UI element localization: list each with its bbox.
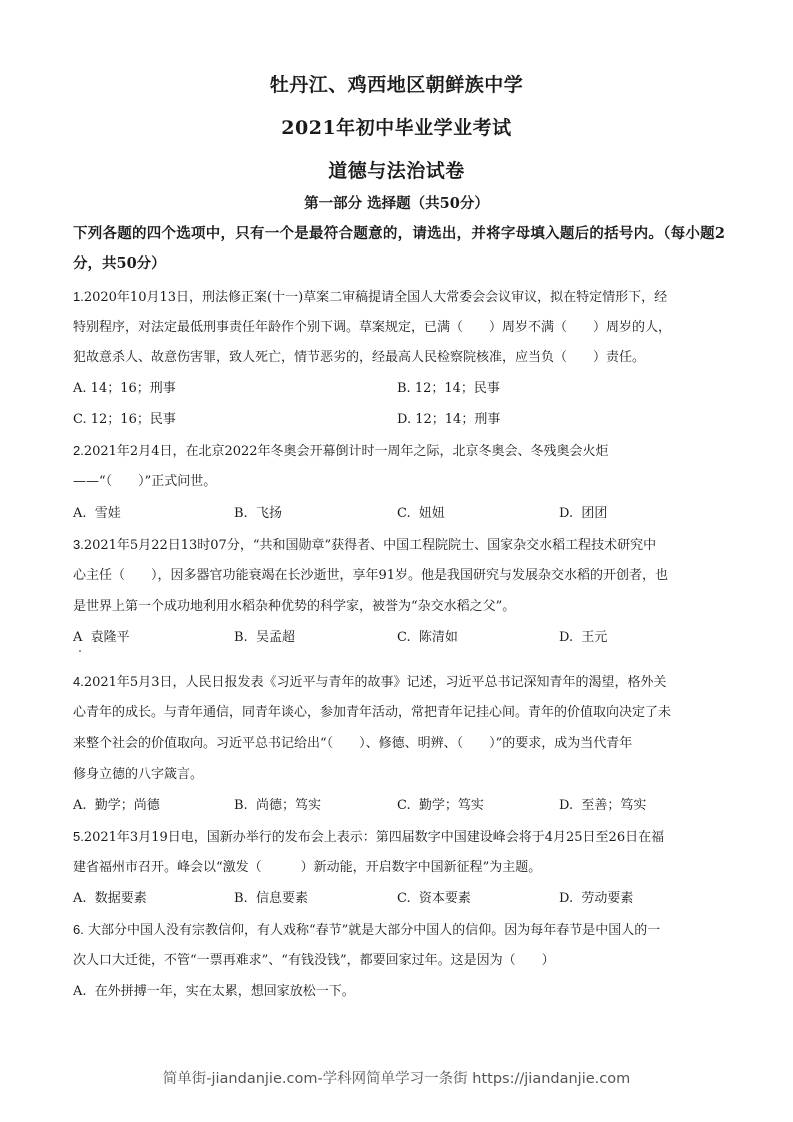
question-4-line-3: 来整个社会的价值取向。习近平总书记给出“（ ）、修德、明辨、（ ）”的要求，成为… xyxy=(73,734,723,754)
question-number: 1. xyxy=(73,289,84,304)
question-2-line-1: 2.2021年2月4日，在北京2022年冬奥会开幕倒计时一周年之际，北京冬奥会、… xyxy=(73,441,723,462)
q6-option-a: A. 在外拼搏一年，实在太累，想回家放松一下。 xyxy=(73,982,355,1002)
question-6-line-2: 次人口大迁徙，不管“一票再难求”、“有钱没钱”，都要回家过年。这是因为（ ） xyxy=(73,951,723,971)
q3-option-c: C. 陈清如 xyxy=(397,628,458,648)
q4-option-b: B. 尚德；笃实 xyxy=(234,796,321,816)
q2-option-a: A. 雪娃 xyxy=(73,504,121,524)
exam-page: 牡丹江、鸡西地区朝鲜族中学 2021年初中毕业学业考试 道德与法治试卷 第一部分… xyxy=(0,0,793,1122)
question-number: 6. xyxy=(73,922,84,937)
scan-artifact-dot xyxy=(79,650,81,652)
q3-option-b: B. 吴孟超 xyxy=(234,628,295,648)
q5-option-c: C. 资本要素 xyxy=(397,889,471,909)
q3-option-d: D. 王元 xyxy=(559,628,607,648)
q4-option-c: C. 勤学；笃实 xyxy=(397,796,484,816)
question-5-line-2: 建省福州市召开。峰会以“激发（ ）新动能，开启数字中国新征程”为主题。 xyxy=(73,858,723,878)
q4-option-d: D. 至善；笃实 xyxy=(559,796,646,816)
q3-option-a: A 袁隆平 xyxy=(73,628,130,648)
question-1-line-1: 1.2020年10月13日，刑法修正案(十一)草案二审稿提请全国人大常委会会议审… xyxy=(73,287,723,308)
school-title: 牡丹江、鸡西地区朝鲜族中学 xyxy=(0,70,793,97)
q1-option-d: D. 12；14；刑事 xyxy=(397,410,500,430)
question-number: 3. xyxy=(73,537,84,552)
q2-option-d: D. 团团 xyxy=(559,504,607,524)
subject-title: 道德与法治试卷 xyxy=(0,156,793,183)
watermark-footer: 简单街-jiandanjie.com-学科网简单学习一条街 https://ji… xyxy=(0,1067,793,1088)
question-4-line-2: 心青年的成长。与青年通信，同青年谈心，参加青年活动，常把青年记挂心间。青年的价值… xyxy=(73,703,723,723)
question-3-line-1: 3.2021年5月22日13时07分，“共和国勋章”获得者、中国工程院院士、国家… xyxy=(73,535,723,556)
q2-option-b: B. 飞扬 xyxy=(234,504,282,524)
q5-option-a: A. 数据要素 xyxy=(73,889,147,909)
question-4-line-4: 修身立德的八字箴言。 xyxy=(73,765,723,785)
q5-option-b: B. 信息要素 xyxy=(234,889,308,909)
question-5-line-1: 5.2021年3月19日电，国新办举行的发布会上表示：第四届数字中国建设峰会将于… xyxy=(73,827,723,848)
question-number: 2. xyxy=(73,443,84,458)
exam-title: 2021年初中毕业学业考试 xyxy=(0,113,793,140)
question-6-line-1: 6. 大部分中国人没有宗教信仰，有人戏称“春节”就是大部分中国人的信仰。因为每年… xyxy=(73,920,723,941)
instructions: 下列各题的四个选项中，只有一个是最符合题意的，请选出，并将字母填入题后的括号内。… xyxy=(73,219,725,279)
q2-option-c: C. 妞妞 xyxy=(397,504,445,524)
question-3-line-3: 是世界上第一个成功地利用水稻杂种优势的科学家，被誉为“杂交水稻之父”。 xyxy=(73,597,723,617)
q4-option-a: A. 勤学；尚德 xyxy=(73,796,160,816)
question-number: 4. xyxy=(73,674,84,689)
question-2-line-2: ——“（ ）”正式问世。 xyxy=(73,472,723,492)
q1-option-a: A. 14；16；刑事 xyxy=(73,379,176,399)
q1-option-c: C. 12；16；民事 xyxy=(73,410,176,430)
q5-option-d: D. 劳动要素 xyxy=(559,889,633,909)
section-heading: 第一部分 选择题（共50分） xyxy=(0,192,793,213)
question-4-line-1: 4.2021年5月3日，人民日报发表《习近平与青年的故事》记述，习近平总书记深知… xyxy=(73,672,723,693)
q1-option-b: B. 12；14；民事 xyxy=(397,379,500,399)
question-number: 5. xyxy=(73,829,84,844)
question-1-line-2: 特别程序，对法定最低刑事责任年龄作个别下调。草案规定，已满（ ）周岁不满（ ）周… xyxy=(73,318,723,338)
question-1-line-3: 犯故意杀人、故意伤害罪，致人死亡，情节恶劣的，经最高人民检察院核准，应当负（ ）… xyxy=(73,348,723,368)
question-3-line-2: 心主任（ ），因多器官功能衰竭在长沙逝世，享年91岁。他是我国研究与发展杂交水稻… xyxy=(73,566,723,586)
